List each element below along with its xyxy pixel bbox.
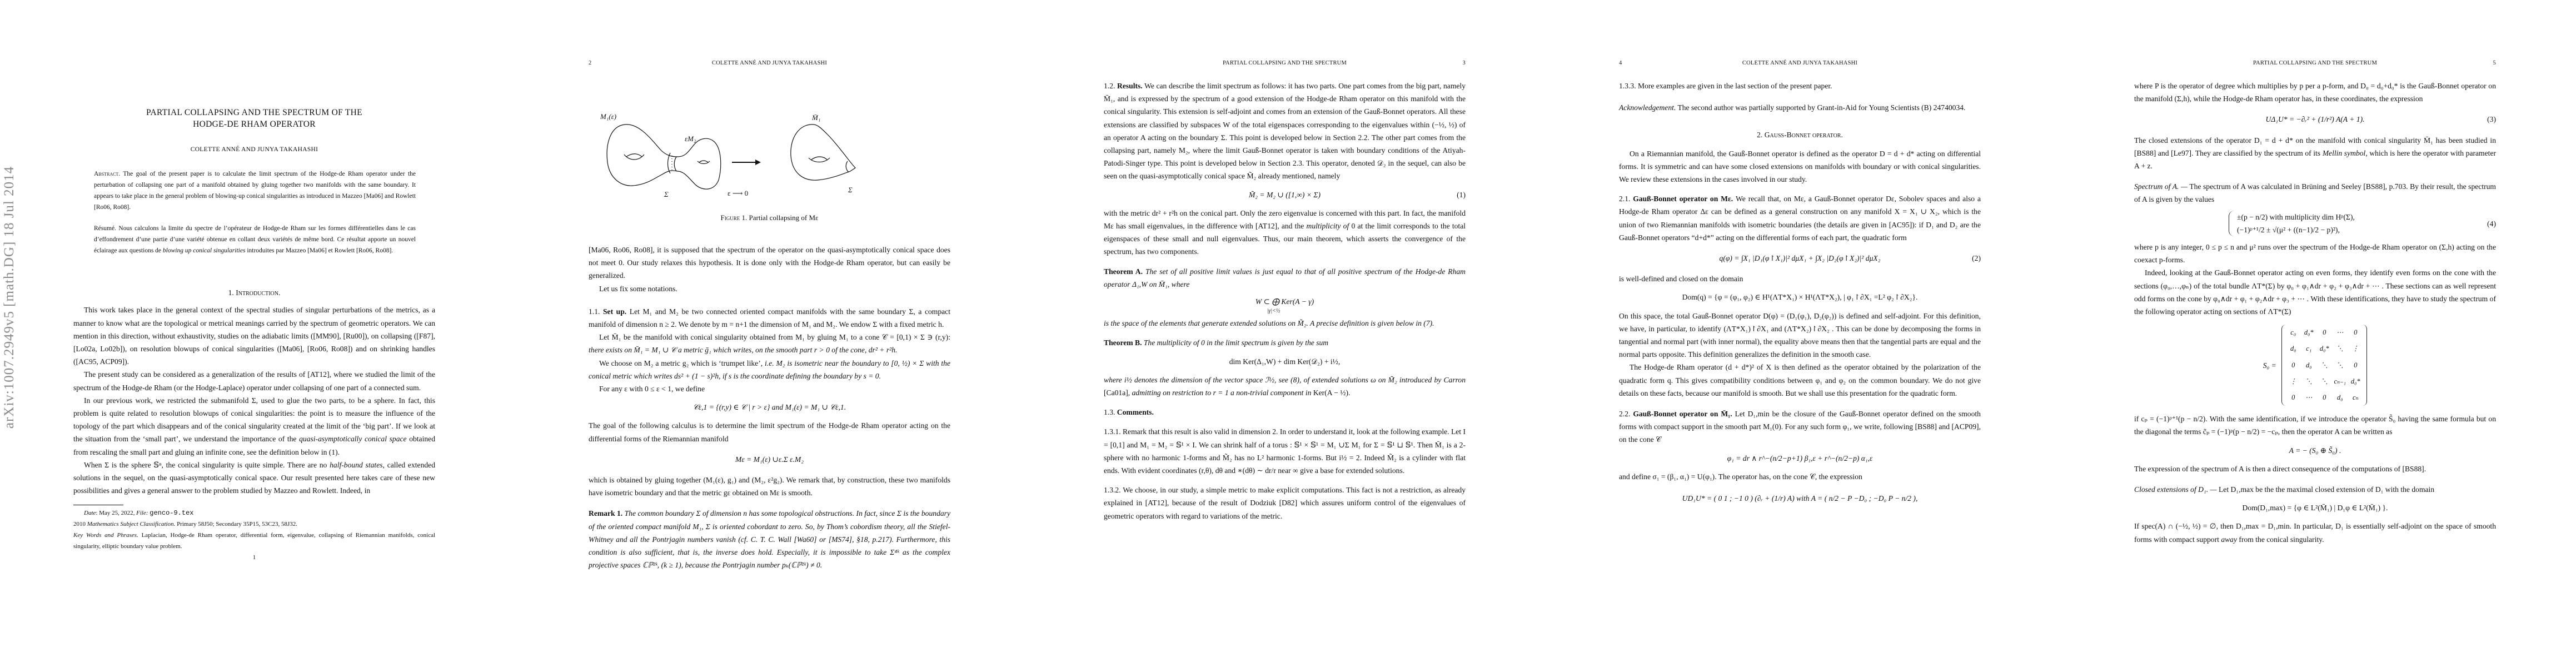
matrix-cell: 0 [2316, 391, 2332, 404]
footnote-rule [73, 505, 123, 505]
domain-intro: is well-defined and closed on the domain [1619, 272, 1981, 285]
equation-4: ±(p − n/2) with multiplicity dim Hᵖ(Σ), … [2134, 211, 2496, 236]
subsection-1-1-number: 1.1. [589, 307, 600, 316]
matrix-cell: c₀ [2285, 326, 2301, 339]
footnote-msc-year: 2010 [73, 521, 86, 527]
subsection-1-3-number: 1.3. [1104, 408, 1115, 416]
setup-paragraph-2: Let M̄₁ be the manifold with conical sin… [589, 331, 950, 356]
page-3: PARTIAL COLLAPSING AND THE SPECTRUM 3 1.… [1030, 0, 1546, 667]
intro-paragraph-3-emphasis: quasi-asymptotically conical space [299, 435, 406, 443]
results-paragraph-2: with the metric dr² + r²h on the conical… [1104, 207, 1466, 258]
closed-extensions-d1-text: Let D₁,max be the the maximal closed ext… [2219, 485, 2434, 494]
theorem-b-tail: where i½ denotes the dimension of the ve… [1104, 374, 1466, 399]
resume-text-b: introduites par Mazzeo [Ma06] et Rowlett… [247, 247, 393, 254]
footnote-date-label: Date [84, 510, 96, 516]
subsection-2-1-number: 2.1. [1619, 195, 1630, 203]
running-head-title: COLETTE ANNÉ AND JUNYA TAKAHASHI [589, 60, 950, 66]
section-2-heading: 2. Gauss-Bonnet operator. [1619, 128, 1981, 141]
subsection-1-2-text: We can describe the limit spectrum as fo… [1104, 82, 1466, 180]
subsection-1-3-title: Comments. [1117, 408, 1154, 416]
remark-1: Remark 1. The common boundary Σ of dimen… [589, 507, 950, 571]
resume-emphasis: blowing up conical singularities [163, 247, 246, 254]
theorem-b-text: The multiplicity of 0 in the limit spect… [1144, 339, 1328, 347]
footnote-keywords: Key Words and Phrases. Laplacian, Hodge-… [73, 530, 435, 552]
matrix-cell: 0 [2348, 326, 2363, 339]
setup-paragraph-3: We choose on M₂ a metric g₂ which is ‘tr… [589, 357, 950, 382]
matrix-cell: d₀ [2301, 359, 2316, 372]
running-head: 2 COLETTE ANNÉ AND JUNYA TAKAHASHI [589, 60, 950, 70]
figure-caption-text: Partial collapsing of Mε [749, 213, 819, 222]
section-2-intro: On a Riemannian manifold, the Gauß-Bonne… [1619, 147, 1981, 186]
continuation-paragraph: [Ma06, Ro06, Ro08], it is supposed that … [589, 243, 950, 282]
page-4: 4 COLETTE ANNÉ AND JUNYA TAKAHASHI 1.3.3… [1546, 0, 2061, 667]
intro-paragraph-4-a: When Σ is the sphere 𝕊ⁿ, the conical sin… [84, 461, 327, 469]
setup-paragraph-2-a: Let M̄₁ be the manifold with conical sin… [599, 333, 950, 341]
theorem-b-tail-b: admitting on restriction to r = 1 a non-… [1132, 389, 1312, 397]
theorem-b-tail-a: where i½ denotes the dimension of the ve… [1104, 376, 1466, 384]
matrix-cell: c₁ [2301, 342, 2316, 355]
footnote-msc-label: Mathematics Subject Classification. [87, 521, 176, 527]
results-paragraph-2-emphasis: multiplicity of [1307, 222, 1349, 230]
intro-paragraph-2: The present study can be considered as a… [73, 368, 435, 394]
matrix-cell: ⋮ [2285, 375, 2301, 388]
setup-paragraph-2-emphasis: there exists on M̄₁ = M₁ ∪ 𝒞 a metric ḡ₁… [589, 346, 897, 354]
intro-paragraph-3: In our previous work, we restricted the … [73, 394, 435, 459]
citation-ca01a[interactable]: [Ca01a], [1104, 389, 1130, 397]
cp-definition-paragraph: if cₚ = (−1)ᵖ⁺¹(p − n/2). With the same … [2134, 412, 2496, 438]
footnote-date: Date: May 25, 2022, File: genco-9.tex [73, 507, 435, 519]
equation-dim-ker: dim Ker(Δ₁,W) + dim Ker(𝒟₂) + i½, [1104, 355, 1466, 368]
footnote-msc-value: Primary 58J50; Secondary 35P15, 53C23, 5… [177, 521, 297, 527]
figure-1: M₁(ε) εM₂ Σ ε ⟶ 0 M̄₁ Σ Figure 1. Partia… [589, 106, 950, 228]
equation-1-body: M̃₂ = M₂ ∪ ([1,∞) × Σ) [1249, 191, 1321, 199]
operator-p-paragraph: where P is the operator of degree which … [2134, 79, 2496, 105]
equation-4-line-2: (−1)ᵖ⁺¹/2 ± √(μ² + ((n−1)/2 − p)²), [2237, 223, 2496, 236]
theorem-b-tail-c: Ker(A − ½). [1313, 389, 1351, 397]
hodge-de-rham-paragraph: The Hodge-de Rham operator (d + d*)² of … [1619, 361, 1981, 400]
acknowledgement-label: Acknowledgement. [1619, 103, 1676, 112]
theorem-a-text: The set of all positive limit values is … [1104, 267, 1466, 288]
equation-w-body: W ⊂ ⨁ Ker(A − γ) [1104, 295, 1466, 308]
page-4-body: 1.3.3. More examples are given in the la… [1619, 79, 1981, 510]
matrix-cell: d₀* [2348, 375, 2363, 388]
even-forms-paragraph: Indeed, looking at the Gauß-Bonnet opera… [2134, 266, 2496, 318]
resume: Résumé. Nous calculons la limite du spec… [94, 223, 416, 256]
page-1: arXiv:1007.2949v5 [math.DG] 18 Jul 2014 … [0, 0, 515, 667]
remark-1-text: The common boundary Σ of dimension n has… [589, 509, 950, 569]
matrix-cell: d₀* [2316, 342, 2332, 355]
remark-1-label: Remark 1. [589, 509, 622, 517]
matrix-s0-label: S₀ = [2263, 361, 2276, 370]
subsection-2-1: 2.1. Gauß-Bonnet operator on Mε. We reca… [1619, 192, 1981, 244]
theorem-a: Theorem A. The set of all positive limit… [1104, 265, 1466, 291]
integer-p-paragraph: where p is any integer, 0 ≤ p ≤ n and μ²… [2134, 241, 2496, 266]
theorem-b: Theorem B. The multiplicity of 0 in the … [1104, 336, 1466, 349]
spectrum-consequence: The expression of the spectrum of A is t… [2134, 462, 2496, 475]
equation-1-number: (1) [1457, 188, 1466, 201]
figure-label-arrow: ε ⟶ 0 [728, 187, 748, 200]
equation-2: q(φ) = ∫X₁ |D₁(φ↾X₁)|² dμX₁ + ∫X₂ |D₂(φ↾… [1619, 252, 1981, 265]
theorem-a-tail: is the space of the elements that genera… [1104, 317, 1466, 330]
notations-paragraph: Let us fix some notations. [589, 282, 950, 295]
section-1-heading: 1. Introduction. [73, 286, 435, 299]
resume-label: Résumé. [94, 225, 116, 232]
figure-label-sigma-left: Σ [664, 188, 669, 201]
subsection-2-1-title: Gauß-Bonnet operator on Mε. [1633, 195, 1733, 203]
running-head: PARTIAL COLLAPSING AND THE SPECTRUM 3 [1104, 60, 1466, 70]
footnote-file-label: File: [136, 510, 148, 516]
page-5-body: where P is the operator of degree which … [2134, 79, 2496, 546]
equation-4-number: (4) [2487, 217, 2496, 230]
total-operator-paragraph: On this space, the total Gauß-Bonnet ope… [1619, 310, 1981, 361]
matrix-cell: ⋱ [2316, 359, 2332, 372]
authors: COLETTE ANNÉ AND JUNYA TAKAHASHI [73, 143, 435, 156]
abstract: Abstract. The goal of the present paper … [94, 168, 416, 213]
equation-c-eps: 𝒞ε,1 = {(r,y) ∈ 𝒞 | r > ε} and M₁(ε) = M… [589, 401, 950, 414]
equation-1: M̃₂ = M₂ ∪ ([1,∞) × Σ) (1) [1104, 188, 1466, 201]
paper-title-line-1: PARTIAL COLLAPSING AND THE SPECTRUM OF T… [73, 107, 435, 118]
figure-caption-label: Figure 1. [721, 213, 748, 222]
figure-label-sigma-right: Σ [848, 183, 853, 196]
comment-1-3-3: 1.3.3. More examples are given in the la… [1619, 79, 1981, 92]
figure-label-m1-bar: M̄₁ [812, 111, 820, 124]
matrix-s0-body: c₀ d₀* 0 ⋯ 0 d₀ c₁ d₀* ⋱ ⋮ 0 d₀ ⋱ ⋱ 0 ⋮ … [2281, 325, 2367, 406]
matrix-s0: S₀ = c₀ d₀* 0 ⋯ 0 d₀ c₁ d₀* ⋱ ⋮ 0 d₀ ⋱ ⋱… [2134, 325, 2496, 406]
subsection-1-2: 1.2. Results. We can describe the limit … [1104, 79, 1466, 183]
page-2-body: M₁(ε) εM₂ Σ ε ⟶ 0 M̄₁ Σ Figure 1. Partia… [589, 106, 950, 571]
away-emphasis: away [2221, 535, 2237, 544]
closed-extensions-d1-label: Closed extensions of D₁. — [2134, 485, 2217, 494]
theorem-b-label: Theorem B. [1104, 339, 1142, 347]
equation-dom-q: Dom(q) = {φ = (φ₁, φ₂) ∈ H¹(ΛT*X₁) × H¹(… [1619, 291, 1981, 303]
matrix-cell: 0 [2348, 359, 2363, 372]
self-adjoint-paragraph: If spec(A) ∩ (−½, ½) = ∅, then D₁,max = … [2134, 520, 2496, 545]
gluing-paragraph: which is obtained by gluing together (M₁… [589, 474, 950, 499]
acknowledgement-text: The second author was partially supporte… [1677, 103, 1965, 112]
equation-3-number: (3) [2487, 113, 2496, 126]
comment-1-3-1: 1.3.1. Remark that this result is also v… [1104, 425, 1466, 477]
page-1-body: PARTIAL COLLAPSING AND THE SPECTRUM OF T… [73, 107, 435, 563]
running-head: PARTIAL COLLAPSING AND THE SPECTRUM 5 [2134, 60, 2496, 70]
matrix-cell: cₙ [2348, 391, 2363, 404]
matrix-cell: d₀ [2285, 342, 2301, 355]
mellin-symbol-emphasis: Mellin symbol [2323, 149, 2366, 157]
collapsing-diagram [589, 112, 950, 196]
acknowledgement: Acknowledgement. The second author was p… [1619, 101, 1981, 114]
subsection-1-1-title: Set up. [603, 307, 626, 316]
paper-title-line-2: HODGE-DE RHAM OPERATOR [73, 118, 435, 130]
figure-caption: Figure 1. Partial collapsing of Mε [589, 211, 950, 224]
subsection-1-2-number: 1.2. [1104, 82, 1115, 90]
matrix-cell: cₙ₋₁ [2332, 375, 2348, 388]
running-head: 4 COLETTE ANNÉ AND JUNYA TAKAHASHI [1619, 60, 1981, 70]
matrix-cell: ⋱ [2316, 375, 2332, 388]
footnote-file-value: genco-9.tex [150, 509, 193, 517]
matrix-cell: ⋱ [2332, 359, 2348, 372]
goal-paragraph: The goal of the following calculus is to… [589, 419, 950, 445]
matrix-cell: ⋱ [2332, 342, 2348, 355]
matrix-cell: 0 [2285, 359, 2301, 372]
footnote-date-value: : May 25, 2022, [96, 510, 134, 516]
page-5: PARTIAL COLLAPSING AND THE SPECTRUM 5 wh… [2061, 0, 2576, 667]
running-head-title: PARTIAL COLLAPSING AND THE SPECTRUM [1104, 60, 1466, 66]
matrix-cell: ⋱ [2301, 375, 2316, 388]
equation-phi-1: φ₁ = dr ∧ r^−(n/2−p+1) β₁,ε + r^−(n/2−p)… [1619, 452, 1981, 465]
intro-paragraph-1: This work takes place in the general con… [73, 303, 435, 368]
abstract-text: The goal of the present paper is to calc… [94, 171, 416, 211]
equation-3: UΔ₁U* = −∂ᵣ² + (1/r²) A(A + 1). (3) [2134, 113, 2496, 126]
subsection-2-2: 2.2. Gauß-Bonnet operator on M̄₁. Let D₁… [1619, 407, 1981, 446]
equation-a: A = − (S₀ ⊕ S̃₀) . [2134, 444, 2496, 457]
running-head-title: COLETTE ANNÉ AND JUNYA TAKAHASHI [1619, 60, 1981, 66]
subsection-2-2-title: Gauß-Bonnet operator on M̄₁. [1633, 410, 1732, 418]
equation-dom-dmax: Dom(D₁,max) = {φ ∈ L²(M̄₁) | D₁φ ∈ L²(M̄… [2134, 501, 2496, 514]
equation-m-eps: Mε = M₁(ε) ∪ε.Σ ε.M₂ [589, 453, 950, 466]
abstract-label: Abstract. [94, 171, 120, 177]
spectrum-of-a: Spectrum of A. — The spectrum of A was c… [2134, 180, 2496, 206]
equation-2-number: (2) [1972, 252, 1981, 265]
matrix-cell: 0 [2316, 326, 2332, 339]
subsection-1-1: 1.1. Set up. Let M₁ and M₂ be two connec… [589, 305, 950, 331]
self-adjoint-b: from the conical singularity. [2239, 535, 2324, 544]
matrix-cell: ⋯ [2301, 391, 2316, 404]
spectrum-of-a-text: The spectrum of A was calculated in Brün… [2134, 182, 2496, 203]
setup-paragraph-4: For any ε with 0 ≤ ε < 1, we define [589, 382, 950, 395]
arxiv-stamp: arXiv:1007.2949v5 [math.DG] 18 Jul 2014 [2, 142, 18, 453]
page-number: 1 [73, 552, 435, 563]
subsection-2-2-number: 2.2. [1619, 410, 1630, 418]
page-number: 5 [2493, 60, 2496, 66]
setup-paragraph-3-a: We choose on M₂ a metric g₂ which is ‘tr… [599, 359, 763, 367]
footnote-msc: 2010 Mathematics Subject Classification.… [73, 519, 435, 530]
closed-extensions-d1: Closed extensions of D₁. — Let D₁,max be… [2134, 483, 2496, 496]
theorem-a-label: Theorem A. [1104, 267, 1143, 276]
equation-4-line-1: ±(p − n/2) with multiplicity dim Hᵖ(Σ), [2237, 211, 2496, 223]
comment-1-3-2: 1.3.2. We choose, in our study, a simple… [1104, 484, 1466, 522]
page-2: 2 COLETTE ANNÉ AND JUNYA TAKAHASHI [515, 0, 1030, 667]
footnote-keywords-label: Key Words and Phrases. [73, 532, 138, 539]
subsection-1-3: 1.3. Comments. [1104, 406, 1466, 419]
page-number: 3 [1463, 60, 1466, 66]
subsection-1-1-text: Let M₁ and M₂ be two connected oriented … [589, 307, 950, 328]
matrix-cell: ⋮ [2348, 342, 2363, 355]
figure-label-eps-m2: εM₂ [685, 132, 696, 145]
equation-ud1u: UD₁U* = ( 0 1 ; −1 0 ) (∂ᵣ + (1/r) A) wi… [1619, 492, 1981, 505]
page-3-body: 1.2. Results. We can describe the limit … [1104, 79, 1466, 522]
running-head-title: PARTIAL COLLAPSING AND THE SPECTRUM [2134, 60, 2496, 66]
equation-3-body: UΔ₁U* = −∂ᵣ² + (1/r²) A(A + 1). [2265, 115, 2364, 123]
matrix-cell: 0 [2285, 391, 2301, 404]
intro-paragraph-4-emphasis: half-bound states [330, 461, 382, 469]
closed-extensions-paragraph: The closed extensions of the operator D₁… [2134, 134, 2496, 173]
matrix-cell: ⋯ [2332, 326, 2348, 339]
equation-w-subscript: |γ|<½ [1082, 308, 1466, 315]
subsection-1-2-title: Results. [1117, 82, 1143, 90]
matrix-cell: d₀* [2301, 326, 2316, 339]
sigma-definition: and define σ₁ = (β₁, α₁) = U(φ₁). The op… [1619, 470, 1981, 483]
spectrum-of-a-label: Spectrum of A. — [2134, 182, 2188, 191]
equation-2-body: q(φ) = ∫X₁ |D₁(φ↾X₁)|² dμX₁ + ∫X₂ |D₂(φ↾… [1720, 254, 1881, 262]
figure-label-m1-eps: M₁(ε) [600, 110, 616, 123]
equation-w: W ⊂ ⨁ Ker(A − γ) |γ|<½ [1104, 295, 1466, 315]
matrix-cell: d₀ [2332, 391, 2348, 404]
intro-paragraph-4: When Σ is the sphere 𝕊ⁿ, the conical sin… [73, 459, 435, 497]
